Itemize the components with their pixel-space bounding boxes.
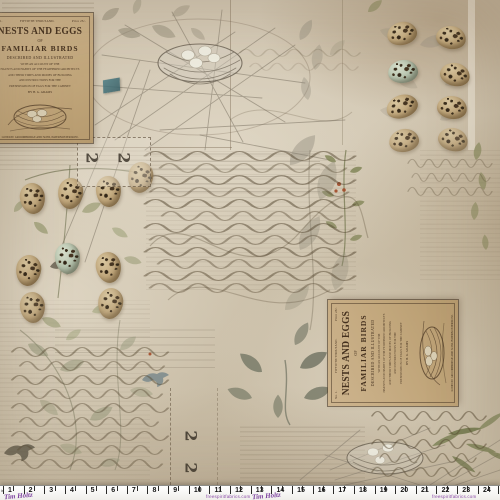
cover-line: PRESERVATION OF EGGS FOR THE CABINET bbox=[0, 84, 88, 88]
ruler-tick bbox=[375, 486, 376, 494]
cover-line: PRESERVATION OF EGGS FOR THE CABINET bbox=[399, 305, 403, 401]
ruler-number: 4 bbox=[70, 487, 74, 494]
cover-line: DESCRIBED AND ILLUSTRATED bbox=[370, 305, 375, 401]
ruler-number: 18 bbox=[359, 487, 367, 494]
cover-of: OF bbox=[0, 38, 88, 43]
print-fragment bbox=[240, 425, 365, 483]
ruler-number: 3 bbox=[49, 487, 53, 494]
music-staff bbox=[150, 152, 320, 192]
ruler-number: 23 bbox=[462, 487, 470, 494]
ruler-tick bbox=[127, 486, 128, 494]
cover-of: OF bbox=[353, 305, 358, 401]
ruler: in 1234567891011121314151617181920212223… bbox=[0, 485, 500, 500]
cover-line: AND INSTRUCTIONS FOR THE bbox=[0, 78, 88, 82]
ruler-tick bbox=[178, 486, 179, 491]
cover-header-left: No. 1. bbox=[0, 19, 3, 23]
cover-line: HAUNTS AND HABITS OF THE FEATHERED ARCHI… bbox=[0, 67, 88, 71]
stamp-numeral-2: 2 bbox=[116, 152, 132, 163]
ruler-number: 9 bbox=[173, 487, 177, 494]
ruler-tick bbox=[55, 486, 56, 491]
ruler-number: 19 bbox=[380, 487, 388, 494]
ticket-stub: 2 2 bbox=[170, 388, 218, 485]
ruler-number: 24 bbox=[483, 487, 491, 494]
ruler-tick bbox=[354, 486, 355, 494]
ticket-stub: 2 2 bbox=[77, 137, 151, 187]
cover-header-right: Price 25c. bbox=[334, 307, 338, 321]
cover-byline: BY H. G. ADAMS bbox=[0, 90, 88, 94]
ruler-number: 15 bbox=[297, 487, 305, 494]
ruler-number: 8 bbox=[153, 487, 157, 494]
ruler-number: 16 bbox=[318, 487, 326, 494]
tim-holtz-logo: Tim Holtz bbox=[252, 491, 281, 500]
ruler-tick bbox=[436, 486, 437, 494]
cover-line: AND INSTRUCTIONS FOR THE bbox=[393, 305, 397, 401]
tim-holtz-logo: Tim Holtz bbox=[4, 491, 33, 500]
ruler-tick bbox=[137, 486, 138, 491]
ruler-tick bbox=[34, 486, 35, 491]
print-fragment bbox=[420, 150, 500, 280]
cover-subtitle: FAMILIAR BIRDS bbox=[0, 44, 88, 53]
cover-line: AND THEIR TIMES AND MODES OF BUILDING bbox=[388, 305, 392, 401]
paper-seam bbox=[230, 0, 231, 150]
cover-line: AND THEIR TIMES AND MODES OF BUILDING bbox=[0, 73, 88, 77]
nest-etching bbox=[410, 317, 450, 389]
book-cover-top-left: No. 1. FIFTIETH THOUSAND. Price 25c. NES… bbox=[0, 13, 93, 143]
cover-title: NESTS AND EGGS bbox=[0, 26, 85, 37]
print-fragment bbox=[0, 300, 150, 480]
ruler-tick bbox=[117, 486, 118, 491]
ruler-tick bbox=[457, 486, 458, 494]
cover-header-center: FIFTIETH THOUSAND. bbox=[20, 19, 55, 23]
cover-byline: BY H. G. ADAMS bbox=[405, 305, 409, 401]
ruler-number: 7 bbox=[132, 487, 136, 494]
book-cover-frame: No. 1. FIFTIETH THOUSAND. Price 25c. NES… bbox=[331, 303, 455, 403]
cover-line: WITH AN ACCOUNT OF THE bbox=[377, 305, 381, 401]
ruler-tick bbox=[189, 486, 190, 494]
ruler-tick bbox=[498, 486, 499, 494]
music-staff bbox=[55, 328, 215, 368]
cover-imprint: LONDON: GROOMBRIDGE AND SONS, PATERNOSTE… bbox=[451, 305, 454, 401]
book-cover-bottom-right: No. 1. FIFTIETH THOUSAND. Price 25c. NES… bbox=[328, 300, 458, 406]
cover-line: WITH AN ACCOUNT OF THE bbox=[0, 62, 88, 66]
ruler-number: 12 bbox=[235, 487, 243, 494]
cover-header-center: FIFTIETH THOUSAND. bbox=[334, 338, 338, 373]
ruler-tick bbox=[478, 486, 479, 494]
ruler-number: 5 bbox=[91, 487, 95, 494]
stamp-numeral-2: 2 bbox=[84, 152, 100, 163]
freespirit-url: freespiritfabrics.com bbox=[206, 494, 250, 499]
ruler-number: 10 bbox=[194, 487, 202, 494]
cover-header-left: No. 1. bbox=[334, 390, 338, 399]
stamp-numeral-2: 2 bbox=[183, 430, 199, 441]
ruler-tick bbox=[86, 486, 87, 494]
cover-line: DESCRIBED AND ILLUSTRATED bbox=[0, 55, 88, 60]
ruler-tick bbox=[147, 486, 148, 494]
ruler-number: 11 bbox=[215, 487, 222, 494]
ruler-tick bbox=[333, 486, 334, 494]
ruler-tick bbox=[44, 486, 45, 494]
print-fragment bbox=[2, 0, 94, 13]
ruler-tick bbox=[106, 486, 107, 494]
freespirit-url: freespiritfabrics.com bbox=[432, 494, 476, 499]
ruler-tick bbox=[158, 486, 159, 491]
fabric-swatch: 2 2 2 2 No. 1. FIFTIETH THOUSAND. Price … bbox=[0, 0, 500, 500]
ruler-tick bbox=[292, 486, 293, 494]
ruler-tick bbox=[230, 486, 231, 494]
ruler-tick bbox=[75, 486, 76, 491]
cover-title: NESTS AND EGGS bbox=[341, 308, 352, 398]
ruler-tick bbox=[395, 486, 396, 494]
cover-subtitle: FAMILIAR BIRDS bbox=[359, 305, 368, 401]
ruler-tick bbox=[313, 486, 314, 494]
ruler-number: 21 bbox=[421, 487, 429, 494]
ruler-number: 20 bbox=[400, 487, 408, 494]
cover-imprint: LONDON: GROOMBRIDGE AND SONS, PATERNOSTE… bbox=[0, 136, 88, 139]
ruler-tick bbox=[209, 486, 210, 494]
paper-seam bbox=[342, 0, 343, 145]
ruler-number: 6 bbox=[111, 487, 115, 494]
nest-etching bbox=[4, 95, 76, 135]
ruler-tick bbox=[168, 486, 169, 494]
ruler-tick bbox=[65, 486, 66, 494]
ruler-tick bbox=[96, 486, 97, 491]
cover-line: HAUNTS AND HABITS OF THE FEATHERED ARCHI… bbox=[382, 305, 386, 401]
stamp-numeral-2: 2 bbox=[183, 462, 199, 473]
ruler-number: 22 bbox=[442, 487, 450, 494]
ruler-number: 17 bbox=[338, 487, 346, 494]
book-cover-frame: No. 1. FIFTIETH THOUSAND. Price 25c. NES… bbox=[0, 16, 90, 140]
ruler-tick bbox=[13, 486, 14, 491]
cover-header-right: Price 25c. bbox=[72, 19, 86, 23]
ruler-tick bbox=[416, 486, 417, 494]
